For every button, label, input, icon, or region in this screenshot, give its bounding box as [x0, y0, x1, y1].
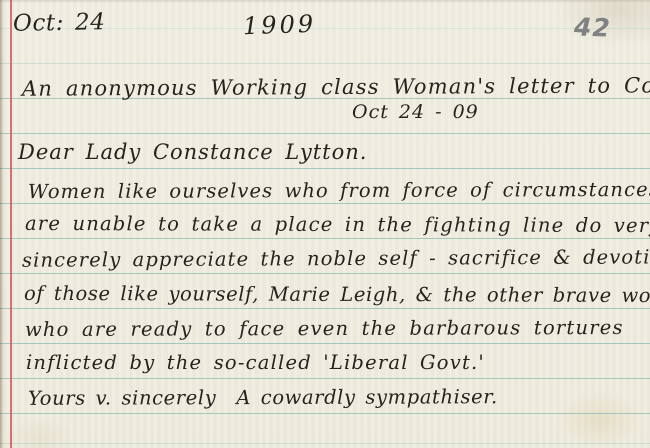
ruled-line	[0, 168, 650, 169]
ruled-line	[0, 413, 650, 414]
salutation: Dear Lady Constance Lytton.	[18, 140, 367, 164]
letter-title-date: Oct 24 - 09	[352, 101, 479, 123]
body-line: inflicted by the so-called 'Liberal Govt…	[26, 351, 485, 374]
body-line: who are ready to face even the barbarous…	[25, 316, 624, 341]
ruled-line	[0, 63, 650, 64]
ruled-line	[0, 443, 650, 444]
pencil-page-number: 42	[574, 12, 612, 42]
signature: A cowardly sympathiser.	[236, 385, 498, 409]
handwritten-letter-card: Oct: 24 1909 42 An anonymous Working cla…	[0, 0, 650, 448]
ruled-line	[0, 308, 650, 309]
scan-edge-shadow-top	[0, 0, 650, 3]
ruled-line	[0, 343, 650, 344]
scan-edge-shadow-left	[0, 0, 4, 448]
red-margin-line	[10, 0, 12, 448]
body-line: are unable to take a place in the fighti…	[25, 212, 650, 237]
letter-title: An anonymous Working class Woman's lette…	[22, 73, 650, 100]
ruled-line	[0, 203, 650, 204]
ruled-line	[0, 273, 650, 274]
body-line: sincerely appreciate the noble self - sa…	[22, 245, 650, 271]
header-year: 1909	[243, 10, 317, 41]
closing: Yours v. sincerely	[28, 386, 216, 410]
header-date: Oct: 24	[13, 9, 106, 37]
closing-row: Yours v. sincerelyA cowardly sympathiser…	[28, 385, 498, 410]
ruled-line	[0, 133, 650, 134]
ruled-line	[0, 238, 650, 239]
body-line: Women like ourselves who from force of c…	[28, 178, 650, 203]
body-line: of those like yourself, Marie Leigh, & t…	[24, 282, 650, 307]
ruled-line	[0, 378, 650, 379]
